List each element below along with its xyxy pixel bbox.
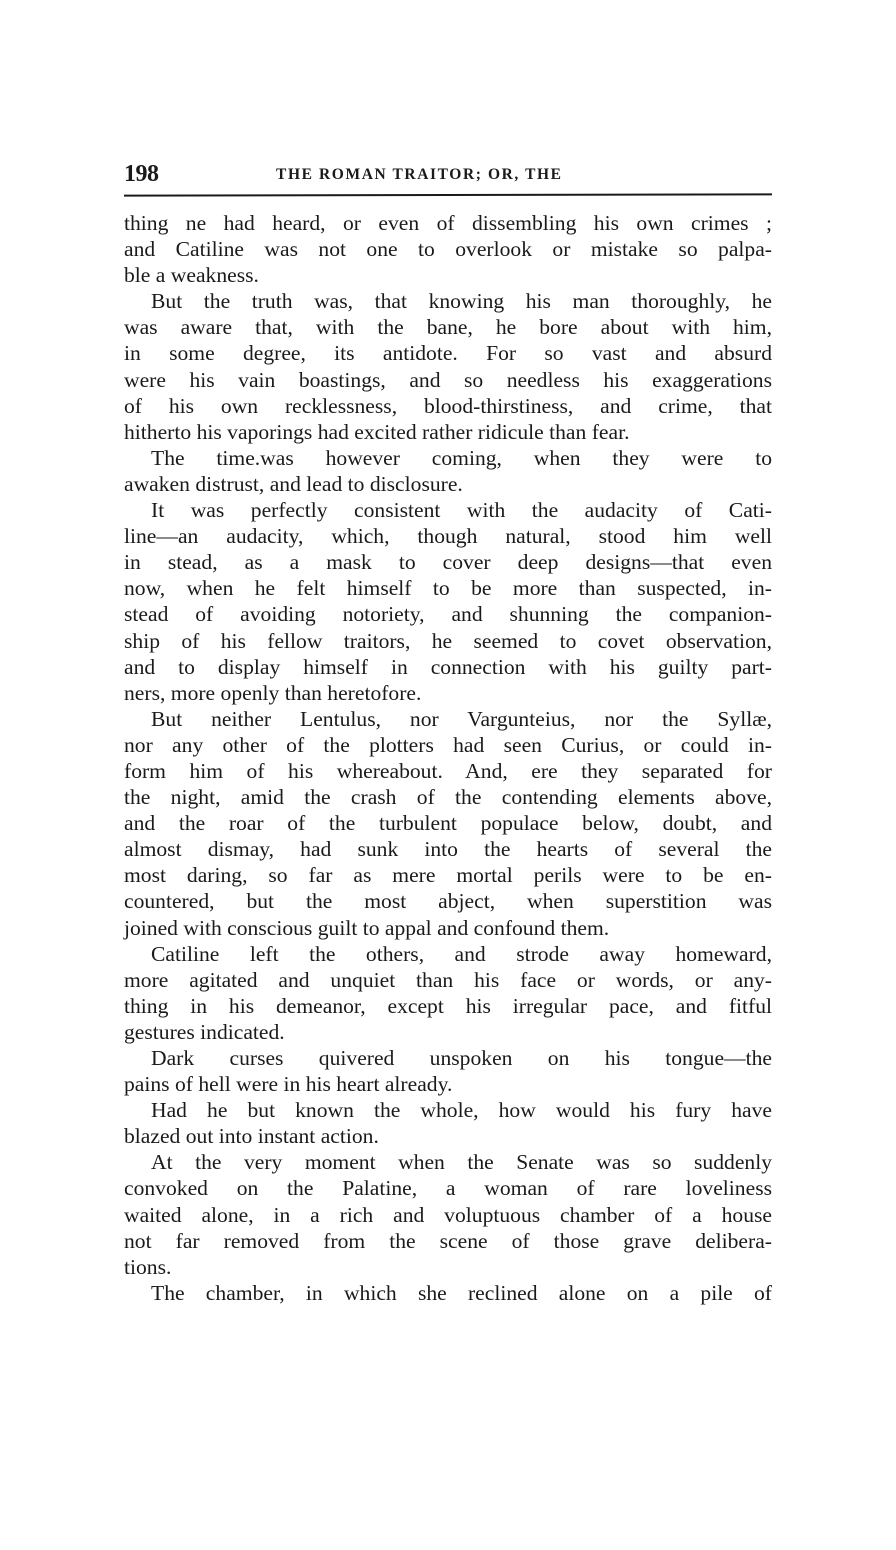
- paragraph: Dark curses quivered unspoken on his ton…: [124, 1045, 772, 1097]
- text-line: Had he but known the whole, how would hi…: [124, 1097, 772, 1123]
- text-line: But neither Lentulus, nor Vargunteius, n…: [124, 706, 772, 732]
- text-line: thing ne had heard, or even of dissembli…: [124, 210, 772, 236]
- text-line: most daring, so far as mere mortal peril…: [124, 862, 772, 888]
- text-line: tions.: [124, 1254, 772, 1280]
- text-line: in some degree, its antidote. For so vas…: [124, 340, 772, 366]
- text-line: form him of his whereabout. And, ere the…: [124, 758, 772, 784]
- text-line: But the truth was, that knowing his man …: [124, 288, 772, 314]
- text-line: gestures indicated.: [124, 1019, 772, 1045]
- text-line: Dark curses quivered unspoken on his ton…: [124, 1045, 772, 1071]
- paragraph: At the very moment when the Senate was s…: [124, 1149, 772, 1279]
- paragraph: Had he but known the whole, how would hi…: [124, 1097, 772, 1149]
- text-line: were his vain boastings, and so needless…: [124, 367, 772, 393]
- text-line: and Catiline was not one to overlook or …: [124, 236, 772, 262]
- running-head: 198 THE ROMAN TRAITOR; OR, THE: [128, 160, 772, 188]
- text-line: stead of avoiding notoriety, and shunnin…: [124, 601, 772, 627]
- text-line: nor any other of the plotters had seen C…: [124, 732, 772, 758]
- paragraph: The time.was however coming, when they w…: [124, 445, 772, 497]
- text-line: was aware that, with the bane, he bore a…: [124, 314, 772, 340]
- text-line: joined with conscious guilt to appal and…: [124, 915, 772, 941]
- text-line: and the roar of the turbulent populace b…: [124, 810, 772, 836]
- text-line: countered, but the most abject, when sup…: [124, 888, 772, 914]
- header-rule: [124, 193, 772, 196]
- text-line: not far removed from the scene of those …: [124, 1228, 772, 1254]
- paragraph: It was perfectly consistent with the aud…: [124, 497, 772, 706]
- text-line: ble a weakness.: [124, 262, 772, 288]
- text-line: The chamber, in which she reclined alone…: [124, 1280, 772, 1306]
- paragraph: Catiline left the others, and strode awa…: [124, 941, 772, 1045]
- text-line: hitherto his vaporings had excited rathe…: [124, 419, 772, 445]
- text-line: waited alone, in a rich and voluptuous c…: [124, 1202, 772, 1228]
- text-line: pains of hell were in his heart already.: [124, 1071, 772, 1097]
- body-text: thing ne had heard, or even of dissembli…: [124, 210, 772, 1306]
- paragraph: But the truth was, that knowing his man …: [124, 288, 772, 445]
- text-line: thing in his demeanor, except his irregu…: [124, 993, 772, 1019]
- text-line: in stead, as a mask to cover deep design…: [124, 549, 772, 575]
- text-line: now, when he felt himself to be more tha…: [124, 575, 772, 601]
- text-line: ners, more openly than heretofore.: [124, 680, 772, 706]
- paragraph: But neither Lentulus, nor Vargunteius, n…: [124, 706, 772, 941]
- text-line: The time.was however coming, when they w…: [124, 445, 772, 471]
- text-line: more agitated and unquiet than his face …: [124, 967, 772, 993]
- text-line: of his own recklessness, blood-thirstine…: [124, 393, 772, 419]
- paragraph: The chamber, in which she reclined alone…: [124, 1280, 772, 1306]
- book-page: 198 THE ROMAN TRAITOR; OR, THE thing ne …: [128, 160, 772, 188]
- running-title: THE ROMAN TRAITOR; OR, THE: [276, 163, 563, 187]
- text-line: and to display himself in connection wit…: [124, 654, 772, 680]
- text-line: convoked on the Palatine, a woman of rar…: [124, 1175, 772, 1201]
- page-number: 198: [124, 160, 159, 188]
- text-line: awaken distrust, and lead to disclosure.: [124, 471, 772, 497]
- text-line: the night, amid the crash of the contend…: [124, 784, 772, 810]
- text-line: Catiline left the others, and strode awa…: [124, 941, 772, 967]
- text-line: almost dismay, had sunk into the hearts …: [124, 836, 772, 862]
- text-line: ship of his fellow traitors, he seemed t…: [124, 628, 772, 654]
- text-line: It was perfectly consistent with the aud…: [124, 497, 772, 523]
- text-line: blazed out into instant action.: [124, 1123, 772, 1149]
- text-line: At the very moment when the Senate was s…: [124, 1149, 772, 1175]
- paragraph: thing ne had heard, or even of dissembli…: [124, 210, 772, 288]
- text-line: line—an audacity, which, though natural,…: [124, 523, 772, 549]
